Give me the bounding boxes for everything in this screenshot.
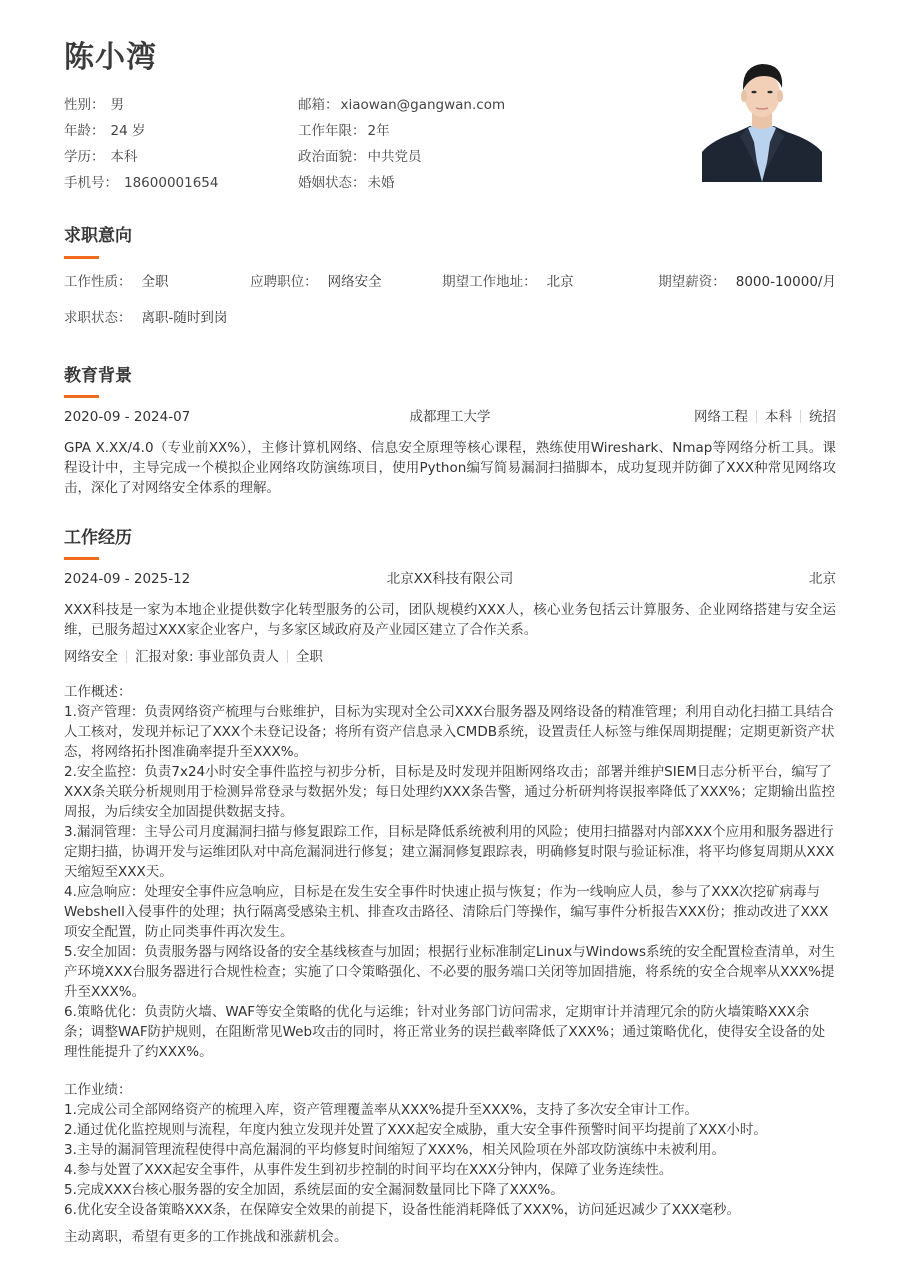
intent-position: 应聘职位：网络安全 xyxy=(250,271,442,293)
separator xyxy=(756,410,757,423)
work-header-row: 2024-09 - 2025-12 北京XX科技有限公司 北京 xyxy=(64,568,836,590)
work-tag: 汇报对象: 事业部负责人 xyxy=(135,649,279,665)
section-title-work: 工作经历 xyxy=(64,526,132,550)
info-marital: 婚姻状态：未婚 xyxy=(298,170,532,196)
candidate-name: 陈小湾 xyxy=(64,38,157,78)
achievement-item: 6.优化安全设备策略XXX条，在保障安全效果的前提下，设备性能消耗降低了XXX%… xyxy=(64,1200,836,1220)
work-achievements-title: 工作业绩： xyxy=(64,1080,836,1100)
overview-item: 1.资产管理：负责网络资产梳理与台账维护，目标为实现对全公司XXX台服务器及网络… xyxy=(64,702,836,762)
work-achievements: 工作业绩： 1.完成公司全部网络资产的梳理入库，资产管理覆盖率从XXX%提升至X… xyxy=(64,1080,836,1220)
overview-item: 2.安全监控：负责7x24小时安全事件监控与初步分析，目标是及时发现并阻断网络攻… xyxy=(64,762,836,822)
work-tag: 网络安全 xyxy=(64,649,118,665)
work-overview-title: 工作概述： xyxy=(64,682,836,702)
intent-job-type: 工作性质：全职 xyxy=(64,271,250,293)
overview-item: 6.策略优化：负责防火墙、WAF等安全策略的优化与运维；针对业务部门访问需求，定… xyxy=(64,1002,836,1062)
education-enrollment: 统招 xyxy=(809,409,836,425)
intent-location: 期望工作地址：北京 xyxy=(442,271,658,293)
section-accent-bar xyxy=(64,557,99,560)
achievement-item: 5.完成XXX台核心服务器的安全加固，系统层面的安全漏洞数量同比下降了XXX%。 xyxy=(64,1180,836,1200)
person-portrait-icon xyxy=(702,52,822,182)
section-title-job-intent: 求职意向 xyxy=(64,224,132,248)
info-email: 邮箱：xiaowan@gangwan.com xyxy=(298,92,532,118)
work-location: 北京 xyxy=(809,568,836,590)
work-overview: 工作概述： 1.资产管理：负责网络资产梳理与台账维护，目标为实现对全公司XXX台… xyxy=(64,682,836,1062)
work-company: 北京XX科技有限公司 xyxy=(64,568,836,590)
info-phone: 手机号：18600001654 xyxy=(64,170,298,196)
info-political: 政治面貌：中共党员 xyxy=(298,144,532,170)
education-major: 网络工程 xyxy=(694,409,748,425)
overview-item: 3.漏洞管理：主导公司月度漏洞扫描与修复跟踪工作，目标是降低系统被利用的风险；使… xyxy=(64,822,836,882)
job-status-row: 求职状态：离职-随时到岗 xyxy=(64,307,836,329)
separator xyxy=(287,650,288,663)
achievement-item: 2.通过优化监控规则与流程，年度内独立发现并处置了XXX起安全威胁，重大安全事件… xyxy=(64,1120,836,1140)
personal-info: 性别：男 邮箱：xiaowan@gangwan.com 年龄：24 岁 工作年限… xyxy=(64,92,584,196)
overview-item: 4.应急响应：处理安全事件应急响应，目标是在发生安全事件时快速止损与恢复；作为一… xyxy=(64,882,836,942)
achievement-item: 1.完成公司全部网络资产的梳理入库，资产管理覆盖率从XXX%提升至XXX%，支持… xyxy=(64,1100,836,1120)
work-tag: 全职 xyxy=(296,649,323,665)
leave-reason: 主动离职，希望有更多的工作挑战和涨薪机会。 xyxy=(64,1227,836,1247)
separator xyxy=(126,650,127,663)
intent-status: 求职状态：离职-随时到岗 xyxy=(64,307,227,329)
info-gender: 性别：男 xyxy=(64,92,298,118)
overview-item: 5.安全加固：负责服务器与网络设备的安全基线核查与加固；根据行业标准制定Linu… xyxy=(64,942,836,1002)
education-degree: 本科 xyxy=(765,409,792,425)
education-meta: 网络工程本科统招 xyxy=(694,406,836,428)
section-accent-bar xyxy=(64,395,99,398)
profile-photo xyxy=(702,52,822,182)
education-description: GPA X.XX/4.0（专业前XX%），主修计算机网络、信息安全原理等核心课程… xyxy=(64,438,836,498)
section-title-education: 教育背景 xyxy=(64,364,132,388)
info-work-years: 工作年限：2年 xyxy=(298,118,532,144)
info-age: 年龄：24 岁 xyxy=(64,118,298,144)
separator xyxy=(800,410,801,423)
intent-salary: 期望薪资：8000-10000/月 xyxy=(658,271,836,293)
info-education: 学历：本科 xyxy=(64,144,298,170)
company-description: XXX科技是一家为本地企业提供数字化转型服务的公司，团队规模约XXX人，核心业务… xyxy=(64,600,836,640)
work-tags: 网络安全汇报对象: 事业部负责人全职 xyxy=(64,647,323,667)
section-accent-bar xyxy=(64,256,99,259)
achievement-item: 3.主导的漏洞管理流程使得中高危漏洞的平均修复时间缩短了XXX%，相关风险项在外… xyxy=(64,1140,836,1160)
achievement-item: 4.参与处置了XXX起安全事件，从事件发生到初步控制的时间平均在XXX分钟内，保… xyxy=(64,1160,836,1180)
education-header-row: 2020-09 - 2024-07 成都理工大学 网络工程本科统招 xyxy=(64,406,836,428)
job-intent-row: 工作性质：全职 应聘职位：网络安全 期望工作地址：北京 期望薪资：8000-10… xyxy=(64,271,836,293)
